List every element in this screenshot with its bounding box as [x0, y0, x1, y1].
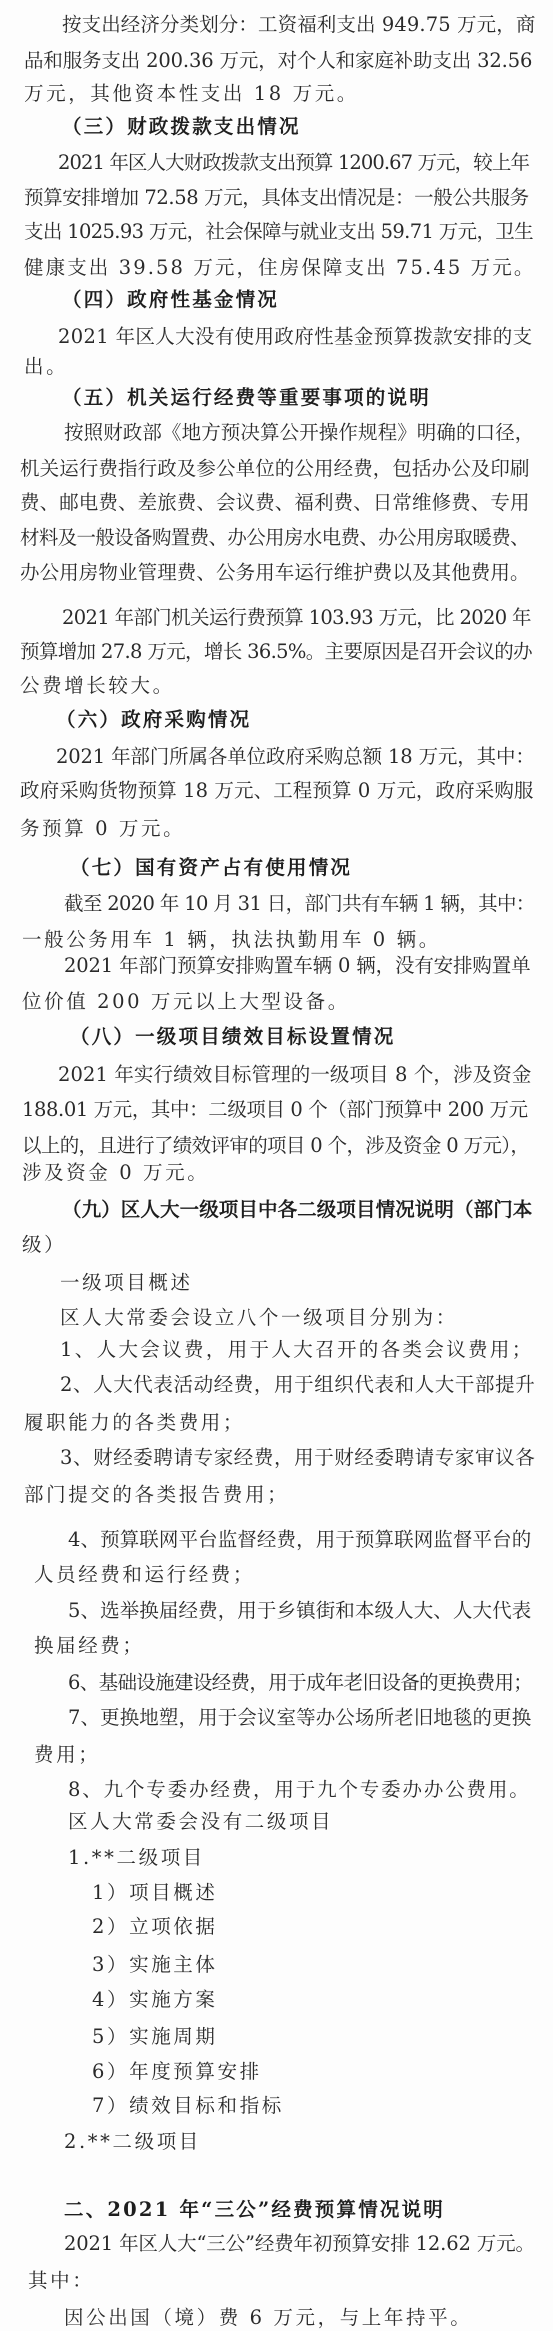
paragraph-line: 预算增加 27.8 万元，增长 36.5%。主要原因是召开会议的办 [20, 640, 532, 664]
paragraph-line: 区人大常委会设立八个一级项目分别为： [60, 1306, 458, 1330]
paragraph-line: 出。 [24, 355, 68, 379]
paragraph-line: 1、人大会议费，用于人大召开的各类会议费用； [60, 1338, 534, 1362]
document-page: 按支出经济分类划分：工资福利支出 949.75 万元，商品和服务支出 200.3… [0, 0, 553, 2331]
paragraph-line: 4、预算联网平台监督经费，用于预算联网监督平台的 [68, 1528, 531, 1552]
section-heading: （四）政府性基金情况 [62, 288, 279, 312]
paragraph-line: 预算安排增加 72.58 万元，具体支出情况是：一般公共服务 [24, 186, 529, 210]
paragraph-line: 1.**二级项目 [68, 1846, 205, 1870]
paragraph-line: 万元，其他资本性支出 18 万元。 [24, 82, 359, 106]
paragraph-line: 2021 年区人大财政拨款支出预算 1200.67 万元，较上年 [58, 151, 529, 175]
paragraph-line: 以上的，且进行了绩效评审的项目 0 个，涉及资金 0 万元）， [22, 1134, 529, 1158]
paragraph-line: 按照财政部《地方预决算公开操作规程》明确的口径， [64, 421, 534, 445]
paragraph-line: 3）实施主体 [92, 1953, 218, 1977]
paragraph-line: 6）年度预算安排 [92, 2060, 262, 2084]
section-heading: （七）国有资产占有使用情况 [70, 856, 352, 880]
paragraph-line: 5）实施周期 [92, 2025, 218, 2049]
paragraph-line: 按支出经济分类划分：工资福利支出 949.75 万元，商 [62, 13, 535, 37]
section-heading: （六）政府采购情况 [56, 708, 251, 732]
paragraph-line: 其中： [28, 2269, 94, 2293]
section-heading: （八）一级项目绩效目标设置情况 [70, 1025, 396, 1049]
paragraph-line: 品和服务支出 200.36 万元，对个人和家庭补助支出 32.56 [24, 49, 532, 73]
paragraph-line: 履职能力的各类费用； [24, 1411, 245, 1435]
paragraph-line: 7）绩效目标和指标 [92, 2094, 284, 2118]
paragraph-line: 2021 年部门机关运行费预算 103.93 万元，比 2020 年 [62, 606, 531, 630]
paragraph-line: 涉及资金 0 万元。 [22, 1161, 209, 1185]
paragraph-line: 2021 年区人大“三公”经费年初预算安排 12.62 万元。 [64, 2232, 535, 2256]
paragraph-line: 务预算 0 万元。 [20, 817, 185, 841]
section-heading: （九）区人大一级项目中各二级项目情况说明（部门本 [62, 1198, 532, 1222]
paragraph-line: 级） [22, 1233, 66, 1257]
paragraph-line: 政府采购货物预算 18 万元、工程预算 0 万元，政府采购服 [20, 779, 534, 803]
paragraph-line: 办公用房物业管理费、公务用车运行维护费以及其他费用。 [20, 561, 530, 585]
paragraph-line: 健康支出 39.58 万元，住房保障支出 75.45 万元。 [24, 256, 535, 280]
paragraph-line: 截至 2020 年 10 月 31 日，部门共有车辆 1 辆，其中： [64, 892, 535, 916]
paragraph-line: 费用； [34, 1743, 100, 1767]
paragraph-line: 位价值 200 万元以上大型设备。 [22, 990, 350, 1014]
paragraph-line: 2）立项依据 [92, 1915, 218, 1939]
paragraph-line: 2021 年实行绩效目标管理的一级项目 8 个，涉及资金 [58, 1063, 531, 1087]
section-heading: 二、2021 年“三公”经费预算情况说明 [64, 2198, 445, 2222]
paragraph-line: 支出 1025.93 万元，社会保障与就业支出 59.71 万元，卫生 [24, 220, 533, 244]
paragraph-line: 一般公务用车 1 辆，执法执勤用车 0 辆。 [22, 928, 441, 952]
paragraph-line: 8、九个专委办经费，用于九个专委办办公费用。 [68, 1778, 531, 1802]
paragraph-line: 7、更换地塑，用于会议室等办公场所老旧地毯的更换 [68, 1706, 531, 1730]
paragraph-line: 人员经费和运行经费； [34, 1563, 255, 1587]
paragraph-line: 费、邮电费、差旅费、会议费、福利费、日常维修费、专用 [20, 491, 530, 515]
paragraph-line: 换届经费； [34, 1634, 145, 1658]
paragraph-line: 机关运行费指行政及参公单位的公用经费，包括办公及印刷 [20, 457, 530, 481]
paragraph-line: 188.01 万元，其中：二级项目 0 个（部门预算中 200 万元 [22, 1098, 528, 1122]
paragraph-line: 公费增长较大。 [20, 674, 175, 698]
paragraph-line: 一级项目概述 [60, 1271, 193, 1295]
paragraph-line: 区人大常委会没有二级项目 [68, 1810, 333, 1834]
paragraph-line: 3、财经委聘请专家经费，用于财经委聘请专家审议各 [60, 1446, 535, 1470]
section-heading: （三）财政拨款支出情况 [62, 115, 301, 139]
paragraph-line: 材料及一般设备购置费、办公用房水电费、办公用房取暖费、 [20, 526, 529, 550]
paragraph-line: 4）实施方案 [92, 1988, 218, 2012]
paragraph-line: 2.**二级项目 [64, 2130, 201, 2154]
paragraph-line: 因公出国（境）费 6 万元，与上年持平。 [64, 2306, 472, 2330]
paragraph-line: 6、基础设施建设经费，用于成年老旧设备的更换费用； [68, 1671, 532, 1695]
paragraph-line: 2021 年区人大没有使用政府性基金预算拨款安排的支 [58, 325, 532, 349]
paragraph-line: 5、选举换届经费，用于乡镇街和本级人大、人大代表 [68, 1599, 531, 1623]
paragraph-line: 1）项目概述 [92, 1881, 218, 1905]
paragraph-line: 2021 年部门预算安排购置车辆 0 辆，没有安排购置单 [64, 954, 530, 978]
paragraph-line: 部门提交的各类报告费用； [24, 1483, 289, 1507]
section-heading: （五）机关运行经费等重要事项的说明 [62, 386, 431, 410]
paragraph-line: 2、人大代表活动经费，用于组织代表和人大干部提升 [60, 1373, 535, 1397]
paragraph-line: 2021 年部门所属各单位政府采购总额 18 万元，其中： [56, 745, 535, 769]
